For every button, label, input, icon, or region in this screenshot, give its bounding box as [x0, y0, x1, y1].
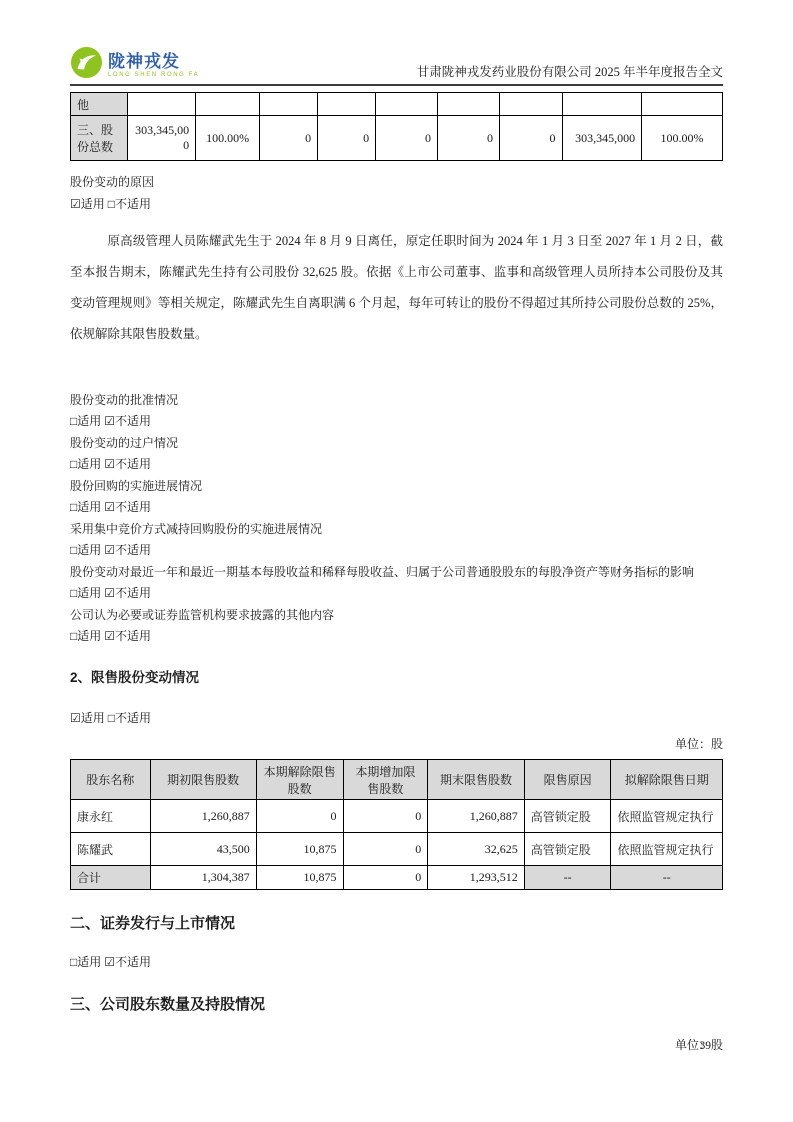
statement-label: 股份变动的过户情况 [70, 435, 723, 452]
table-cell: 依照监管规定执行 [611, 800, 723, 833]
column-header: 本期增加限售股数 [343, 760, 428, 800]
column-header: 限售原因 [524, 760, 611, 800]
total-label-cell: 合计 [71, 866, 151, 890]
section-iii-heading: 三、公司股东数量及持股情况 [70, 993, 723, 1014]
table-cell: 32,625 [428, 833, 524, 866]
logo-english-name: LONG SHEN RONG FA [108, 72, 199, 78]
table-cell: -- [611, 866, 723, 890]
applicability-line: □适用 ☑不适用 [70, 954, 723, 971]
table-header-row: 股东名称 期初限售股数 本期解除限售股数 本期增加限售股数 期末限售股数 限售原… [71, 760, 723, 800]
table-cell [642, 93, 723, 116]
table-cell [260, 93, 318, 116]
share-total-table: 他 三、股份总数 303,345,000 100.00% 0 0 0 0 0 3… [70, 92, 723, 161]
table-cell: 43,500 [150, 833, 256, 866]
table-row: 三、股份总数 303,345,000 100.00% 0 0 0 0 0 303… [71, 116, 723, 161]
column-header: 股东名称 [71, 760, 151, 800]
table-cell: 1,260,887 [428, 800, 524, 833]
table-cell: 0 [260, 116, 318, 161]
applicability-line: ☑适用 □不适用 [70, 196, 723, 213]
statement-label: 股份变动的批准情况 [70, 392, 723, 409]
row-label-cell: 三、股份总数 [71, 116, 128, 161]
table-cell: 10,875 [256, 833, 343, 866]
table-cell [438, 93, 500, 116]
table-cell [376, 93, 438, 116]
table-cell: 0 [376, 116, 438, 161]
statement-label: 股份回购的实施进展情况 [70, 478, 723, 495]
row-label-cell: 他 [71, 93, 128, 116]
unit-label: 单位：股 [70, 736, 723, 753]
shareholder-name-cell: 康永红 [71, 800, 151, 833]
table-cell [318, 93, 376, 116]
table-cell [562, 93, 642, 116]
document-title: 甘肃陇神戎发药业股份有限公司 2025 年半年度报告全文 [417, 62, 723, 84]
table-total-row: 合计 1,304,387 10,875 0 1,293,512 -- -- [71, 866, 723, 890]
statement-label: 股份变动对最近一年和最近一期基本每股收益和稀释每股收益、归属于公司普通股股东的每… [70, 564, 723, 581]
restricted-shares-table: 股东名称 期初限售股数 本期解除限售股数 本期增加限售股数 期末限售股数 限售原… [70, 759, 723, 890]
table-cell: 100.00% [642, 116, 723, 161]
table-cell: 0 [318, 116, 376, 161]
table-cell: 高管锁定股 [524, 833, 611, 866]
table-cell: 高管锁定股 [524, 800, 611, 833]
page-number: 39 [700, 1040, 712, 1052]
section-ii-heading: 二、证券发行与上市情况 [70, 912, 723, 933]
column-header: 本期解除限售股数 [256, 760, 343, 800]
reason-paragraph: 原高级管理人员陈耀武先生于 2024 年 8 月 9 日离任，原定任职时间为 2… [70, 226, 723, 350]
table-cell: 303,345,000 [562, 116, 642, 161]
table-cell [196, 93, 260, 116]
unit-label: 单位：股 [70, 1037, 723, 1054]
column-header: 期初限售股数 [150, 760, 256, 800]
table-cell: 依照监管规定执行 [611, 833, 723, 866]
column-header: 期末限售股数 [428, 760, 524, 800]
table-cell: 0 [438, 116, 500, 161]
statement-label: 采用集中竞价方式减持回购股份的实施进展情况 [70, 521, 723, 538]
table-cell: 100.00% [196, 116, 260, 161]
table-cell [128, 93, 196, 116]
table-row: 陈耀武 43,500 10,875 0 32,625 高管锁定股 依照监管规定执… [71, 833, 723, 866]
column-header: 拟解除限售日期 [611, 760, 723, 800]
applicability-line: □适用 ☑不适用 [70, 499, 723, 516]
restricted-shares-heading: 2、限售股份变动情况 [70, 666, 723, 686]
logo-mark-icon [70, 46, 103, 84]
statement-label: 公司认为必要或证券监管机构要求披露的其他内容 [70, 607, 723, 624]
table-cell: 0 [343, 800, 428, 833]
shareholder-name-cell: 陈耀武 [71, 833, 151, 866]
report-page: 陇神戎发 LONG SHEN RONG FA 甘肃陇神戎发药业股份有限公司 20… [0, 0, 793, 1122]
logo-text: 陇神戎发 LONG SHEN RONG FA [108, 53, 199, 78]
table-cell: 0 [343, 833, 428, 866]
applicability-line: □适用 ☑不适用 [70, 413, 723, 430]
applicability-line: ☑适用 □不适用 [70, 710, 723, 727]
table-row: 他 [71, 93, 723, 116]
page-header: 陇神戎发 LONG SHEN RONG FA 甘肃陇神戎发药业股份有限公司 20… [70, 0, 723, 84]
statement-list: 股份变动的批准情况 □适用 ☑不适用 股份变动的过户情况 □适用 ☑不适用 股份… [70, 392, 723, 645]
table-cell [499, 93, 562, 116]
table-cell: 0 [343, 866, 428, 890]
table-cell: -- [524, 866, 611, 890]
applicability-line: □适用 ☑不适用 [70, 628, 723, 645]
applicability-line: □适用 ☑不适用 [70, 542, 723, 559]
table-cell: 0 [499, 116, 562, 161]
table-cell: 303,345,000 [128, 116, 196, 161]
applicability-line: □适用 ☑不适用 [70, 456, 723, 473]
logo-chinese-name: 陇神戎发 [108, 53, 199, 70]
table-cell: 1,304,387 [150, 866, 256, 890]
header-divider [70, 84, 723, 86]
share-change-reason-label: 股份变动的原因 [70, 174, 723, 191]
table-cell: 1,260,887 [150, 800, 256, 833]
applicability-line: □适用 ☑不适用 [70, 585, 723, 602]
table-cell: 0 [256, 800, 343, 833]
table-row: 康永红 1,260,887 0 0 1,260,887 高管锁定股 依照监管规定… [71, 800, 723, 833]
table-cell: 1,293,512 [428, 866, 524, 890]
company-logo: 陇神戎发 LONG SHEN RONG FA [70, 46, 199, 84]
table-cell: 10,875 [256, 866, 343, 890]
